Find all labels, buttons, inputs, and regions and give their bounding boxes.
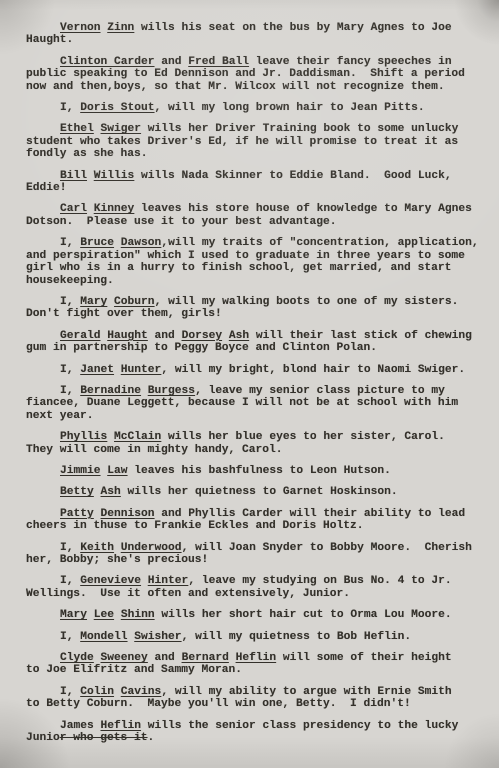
text-line: Clyde Sweeney and Bernard Heflin will so…	[26, 652, 493, 664]
underlined-name: Law	[107, 465, 127, 477]
underlined-name: Bruce	[80, 237, 114, 249]
underlined-name: Dawson	[121, 237, 162, 249]
paragraph-14: Betty Ash wills her quietness to Garnet …	[26, 486, 493, 498]
text-line: to Joe Elifritz and Sammy Moran.	[26, 664, 493, 676]
underlined-name: Heflin	[236, 652, 277, 664]
text-line: James Heflin wills the senior class pres…	[26, 720, 493, 732]
underlined-name: Hunter	[121, 364, 162, 376]
text-line: Junior who gets it.	[26, 732, 493, 744]
underlined-name: Fred Ball	[188, 56, 249, 68]
paragraph-13: Jimmie Law leaves his bashfulness to Leo…	[26, 465, 493, 477]
text-line: Ethel Swiger wills her Driver Training b…	[26, 123, 493, 135]
paragraph-16: I, Keith Underwood, will Joan Snyder to …	[26, 542, 493, 567]
underlined-name: Swisher	[134, 631, 181, 643]
underlined-name: Cavins	[121, 686, 162, 698]
paragraph-5: Bill Willis wills Nada Skinner to Eddie …	[26, 170, 493, 195]
underlined-name: Ethel	[60, 123, 94, 135]
text-line: public speaking to Ed Dennison and Jr. D…	[26, 68, 493, 80]
paragraph-21: I, Colin Cavins, will my ability to argu…	[26, 686, 493, 711]
text-line: Vernon Zinn wills his seat on the bus by…	[26, 22, 493, 34]
underlined-name: Haught	[107, 330, 148, 342]
text-line: her, Bobby; she's precious!	[26, 554, 493, 566]
underlined-name: Keith	[80, 542, 114, 554]
underlined-name: Bernadine	[80, 385, 141, 397]
underlined-name: Doris Stout	[80, 102, 154, 114]
underlined-name: Dennison	[101, 508, 155, 520]
text-line: Patty Dennison and Phyllis Carder will t…	[26, 508, 493, 520]
underlined-name: Colin	[80, 686, 114, 698]
text-line: girl who is in a hurry to finish school,…	[26, 262, 493, 274]
paragraph-17: I, Genevieve Hinter, leave my studying o…	[26, 575, 493, 600]
text-line: Clinton Carder and Fred Ball leave their…	[26, 56, 493, 68]
text-line: now and then,boys, so that Mr. Wilcox wi…	[26, 81, 493, 93]
paragraph-20: Clyde Sweeney and Bernard Heflin will so…	[26, 652, 493, 677]
text-line: I, Janet Hunter, will my bright, blond h…	[26, 364, 493, 376]
text-line: fiancee, Duane Leggett, because I will n…	[26, 397, 493, 409]
text-line: I, Mondell Swisher, will my quietness to…	[26, 631, 493, 643]
text-line: Jimmie Law leaves his bashfulness to Leo…	[26, 465, 493, 477]
text-line: cheers in thuse to Frankie Eckles and Do…	[26, 520, 493, 532]
underlined-name: Ash	[101, 486, 121, 498]
underlined-name: Mary	[60, 609, 87, 621]
underlined-name: Burgess	[148, 385, 195, 397]
underlined-name: Phyllis	[60, 431, 107, 443]
paragraph-8: I, Mary Coburn, will my walking boots to…	[26, 296, 493, 321]
text-line: I, Colin Cavins, will my ability to argu…	[26, 686, 493, 698]
underlined-name: Swiger	[101, 123, 142, 135]
text-line: next year.	[26, 410, 493, 422]
underlined-name: Coburn	[114, 296, 155, 308]
text-line: Eddie!	[26, 182, 493, 194]
underlined-name: Mondell	[80, 631, 127, 643]
underlined-name: Shinn	[121, 609, 155, 621]
text-line: I, Doris Stout, will my long brown hair …	[26, 102, 493, 114]
paragraph-2: Clinton Carder and Fred Ball leave their…	[26, 56, 493, 93]
text-line: I, Bernadine Burgess, leave my senior cl…	[26, 385, 493, 397]
paragraph-10: I, Janet Hunter, will my bright, blond h…	[26, 364, 493, 376]
document-text: Vernon Zinn wills his seat on the bus by…	[26, 22, 493, 744]
struck-text: r who gets it	[60, 732, 148, 744]
underlined-name: Betty	[60, 486, 94, 498]
text-line: Gerald Haught and Dorsey Ash will their …	[26, 330, 493, 342]
text-line: Haught.	[26, 34, 493, 46]
underlined-name: Zinn	[107, 22, 134, 34]
underlined-name: Clyde	[60, 652, 94, 664]
underlined-name: Clinton Carder	[60, 56, 155, 68]
underlined-name: Heflin	[101, 720, 142, 732]
text-line: Mary Lee Shinn wills her short hair cut …	[26, 609, 493, 621]
underlined-name: Willis	[94, 170, 135, 182]
paragraph-11: I, Bernadine Burgess, leave my senior cl…	[26, 385, 493, 422]
paragraph-19: I, Mondell Swisher, will my quietness to…	[26, 631, 493, 643]
paragraph-6: Carl Kinney leaves his store house of kn…	[26, 203, 493, 228]
text-line: fondly as she has.	[26, 148, 493, 160]
text-line: Betty Ash wills her quietness to Garnet …	[26, 486, 493, 498]
underlined-name: Patty	[60, 508, 94, 520]
underlined-name: Underwood	[121, 542, 182, 554]
underlined-name: Carl	[60, 203, 87, 215]
underlined-name: Kinney	[94, 203, 135, 215]
underlined-name: Bernard	[182, 652, 229, 664]
text-line: to Betty Coburn. Maybe you'll win one, B…	[26, 698, 493, 710]
text-line: Wellings. Use it often and extensively, …	[26, 588, 493, 600]
underlined-name: Janet	[80, 364, 114, 376]
paragraph-18: Mary Lee Shinn wills her short hair cut …	[26, 609, 493, 621]
text-line: housekeeping.	[26, 275, 493, 287]
underlined-name: Dorsey	[182, 330, 223, 342]
paragraph-1: Vernon Zinn wills his seat on the bus by…	[26, 22, 493, 47]
underlined-name: Gerald	[60, 330, 101, 342]
text-line: I, Keith Underwood, will Joan Snyder to …	[26, 542, 493, 554]
text-line: Phyllis McClain wills her blue eyes to h…	[26, 431, 493, 443]
document-page: Vernon Zinn wills his seat on the bus by…	[0, 0, 499, 768]
paragraph-9: Gerald Haught and Dorsey Ash will their …	[26, 330, 493, 355]
underlined-name: Jimmie	[60, 465, 101, 477]
text-line: student who takes Driver's Ed, if he wil…	[26, 136, 493, 148]
paragraph-15: Patty Dennison and Phyllis Carder will t…	[26, 508, 493, 533]
text-line: I, Genevieve Hinter, leave my studying o…	[26, 575, 493, 587]
paragraph-22: James Heflin wills the senior class pres…	[26, 720, 493, 745]
text-line: and perspiration" which I used to gradua…	[26, 250, 493, 262]
underlined-name: Mary	[80, 296, 107, 308]
text-line: I, Mary Coburn, will my walking boots to…	[26, 296, 493, 308]
underlined-name: Sweeney	[101, 652, 148, 664]
paragraph-4: Ethel Swiger wills her Driver Training b…	[26, 123, 493, 160]
text-line: Carl Kinney leaves his store house of kn…	[26, 203, 493, 215]
underlined-name: Genevieve	[80, 575, 141, 587]
text-line: I, Bruce Dawson,will my traits of "conce…	[26, 237, 493, 249]
text-line: gum in partnership to Peggy Boyce and Cl…	[26, 342, 493, 354]
underlined-name: Ash	[229, 330, 249, 342]
underlined-name: Hinter	[148, 575, 189, 587]
paragraph-3: I, Doris Stout, will my long brown hair …	[26, 102, 493, 114]
underlined-name: Vernon	[60, 22, 101, 34]
text-line: Dotson. Please use it to your best advan…	[26, 216, 493, 228]
text-line: Bill Willis wills Nada Skinner to Eddie …	[26, 170, 493, 182]
paragraph-7: I, Bruce Dawson,will my traits of "conce…	[26, 237, 493, 287]
text-line: They will come in mighty handy, Carol.	[26, 444, 493, 456]
text-line: Don't fight over them, girls!	[26, 308, 493, 320]
paragraph-12: Phyllis McClain wills her blue eyes to h…	[26, 431, 493, 456]
underlined-name: Lee	[94, 609, 114, 621]
underlined-name: McClain	[114, 431, 161, 443]
underlined-name: Bill	[60, 170, 87, 182]
